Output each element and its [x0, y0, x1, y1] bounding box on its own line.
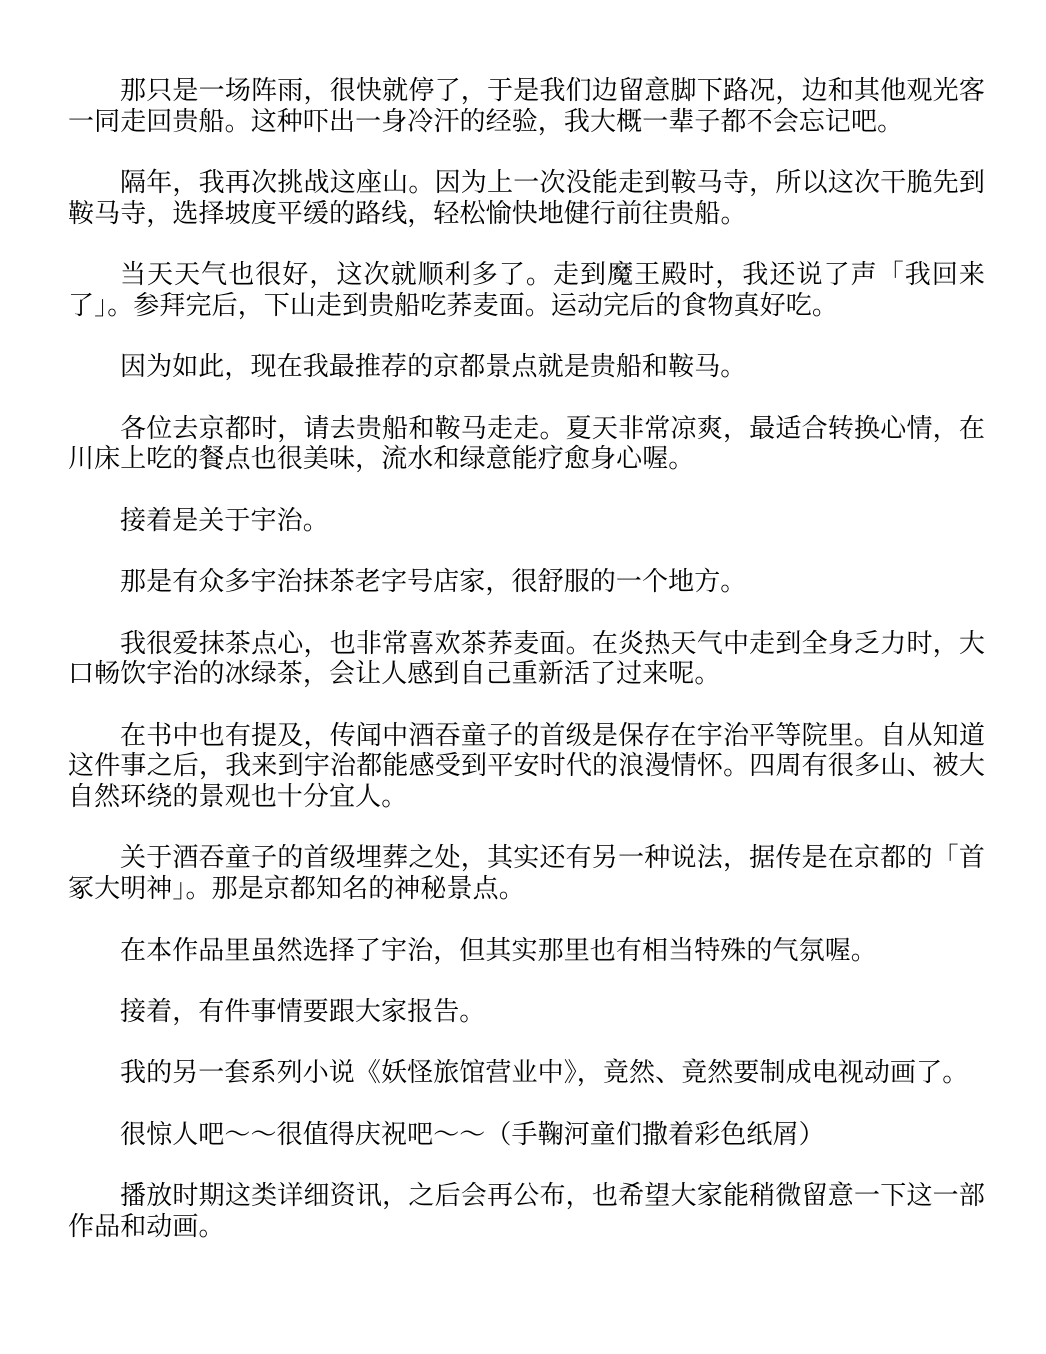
- paragraph: 我的另一套系列小说《妖怪旅馆营业中》，竟然、竟然要制成电视动画了。: [68, 1058, 985, 1089]
- paragraph: 播放时期这类详细资讯，之后会再公布，也希望大家能稍微留意一下这一部作品和动画。: [68, 1181, 985, 1242]
- paragraph: 各位去京都时，请去贵船和鞍马走走。夏天非常凉爽，最适合转换心情，在川床上吃的餐点…: [68, 414, 985, 475]
- document-page: 那只是一场阵雨，很快就停了，于是我们边留意脚下路况，边和其他观光客一同走回贵船。…: [0, 0, 1046, 1354]
- text-block: 那只是一场阵雨，很快就停了，于是我们边留意脚下路况，边和其他观光客一同走回贵船。…: [68, 76, 985, 1243]
- paragraph: 那是有众多宇治抹茶老字号店家，很舒服的一个地方。: [68, 567, 985, 598]
- paragraph: 因为如此，现在我最推荐的京都景点就是贵船和鞍马。: [68, 352, 985, 383]
- paragraph: 接着是关于宇治。: [68, 506, 985, 537]
- paragraph: 我很爱抹茶点心，也非常喜欢茶荞麦面。在炎热天气中走到全身乏力时，大口畅饮宇治的冰…: [68, 629, 985, 690]
- paragraph: 那只是一场阵雨，很快就停了，于是我们边留意脚下路况，边和其他观光客一同走回贵船。…: [68, 76, 985, 137]
- paragraph: 关于酒吞童子的首级埋葬之处，其实还有另一种说法，据传是在京都的「首冢大明神」。那…: [68, 843, 985, 904]
- paragraph: 在书中也有提及，传闻中酒吞童子的首级是保存在宇治平等院里。自从知道这件事之后，我…: [68, 721, 985, 813]
- paragraph: 很惊人吧～～很值得庆祝吧～～（手鞠河童们撒着彩色纸屑）: [68, 1120, 985, 1151]
- paragraph: 在本作品里虽然选择了宇治，但其实那里也有相当特殊的气氛喔。: [68, 936, 985, 967]
- paragraph: 接着，有件事情要跟大家报告。: [68, 997, 985, 1028]
- paragraph: 当天天气也很好，这次就顺利多了。走到魔王殿时，我还说了声「我回来了」。参拜完后，…: [68, 260, 985, 321]
- paragraph: 隔年，我再次挑战这座山。因为上一次没能走到鞍马寺，所以这次干脆先到鞍马寺，选择坡…: [68, 168, 985, 229]
